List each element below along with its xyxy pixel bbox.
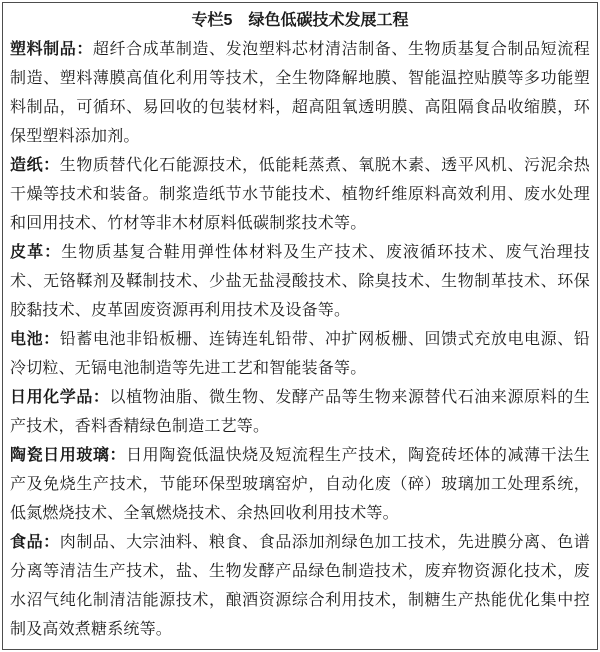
category-label-food: 食品： [10,534,60,551]
box-title: 专栏5 绿色低碳技术发展工程 [10,6,590,35]
paragraph-text: 超纤合成革制造、发泡塑料芯材清洁制备、生物质基复合制品短流程制造、塑料薄膜高值化… [10,41,590,145]
paragraph-food: 食品：肉制品、大宗油料、粮食、食品添加剂绿色加工技术，先进膜分离、色谱分离等清洁… [10,528,590,644]
paragraph-leather: 皮革：生物质基复合鞋用弹性体材料及生产技术、废液循环技术、废气治理技术、无铬鞣剂… [10,238,590,325]
paragraph-ceramics-glass: 陶瓷日用玻璃：日用陶瓷低温快烧及短流程生产技术，陶瓷砖坯体的减薄干法生产及免烧生… [10,441,590,528]
paragraph-papermaking: 造纸：生物质替代化石能源技术，低能耗蒸煮、氧脱木素、透平风机、污泥余热干燥等技术… [10,151,590,238]
category-label-leather: 皮革： [10,244,61,261]
paragraph-battery: 电池：铅蓄电池非铅板栅、连铸连轧铅带、冲扩网板栅、回馈式充放电电源、铅冷切粒、无… [10,325,590,383]
paragraph-text: 肉制品、大宗油料、粮食、食品添加剂绿色加工技术，先进膜分离、色谱分离等清洁生产技… [10,534,590,638]
paragraph-plastic-products: 塑料制品：超纤合成革制造、发泡塑料芯材清洁制备、生物质基复合制品短流程制造、塑料… [10,35,590,151]
category-label-daily-chemicals: 日用化学品： [10,389,110,406]
category-label-ceramics-glass: 陶瓷日用玻璃： [10,447,126,464]
paragraph-text: 生物质替代化石能源技术，低能耗蒸煮、氧脱木素、透平风机、污泥余热干燥等技术和装备… [10,157,590,232]
column-box: 专栏5 绿色低碳技术发展工程 塑料制品：超纤合成革制造、发泡塑料芯材清洁制备、生… [2,2,598,650]
paragraph-text: 生物质基复合鞋用弹性体材料及生产技术、废液循环技术、废气治理技术、无铬鞣剂及鞣制… [10,244,590,319]
category-label-battery: 电池： [10,331,60,348]
category-label-papermaking: 造纸： [10,157,60,174]
paragraph-text: 铅蓄电池非铅板栅、连铸连轧铅带、冲扩网板栅、回馈式充放电电源、铅冷切粒、无镉电池… [10,331,590,377]
category-label-plastic-products: 塑料制品： [10,41,93,58]
paragraph-daily-chemicals: 日用化学品：以植物油脂、微生物、发酵产品等生物来源替代石油来源原料的生产技术，香… [10,383,590,441]
